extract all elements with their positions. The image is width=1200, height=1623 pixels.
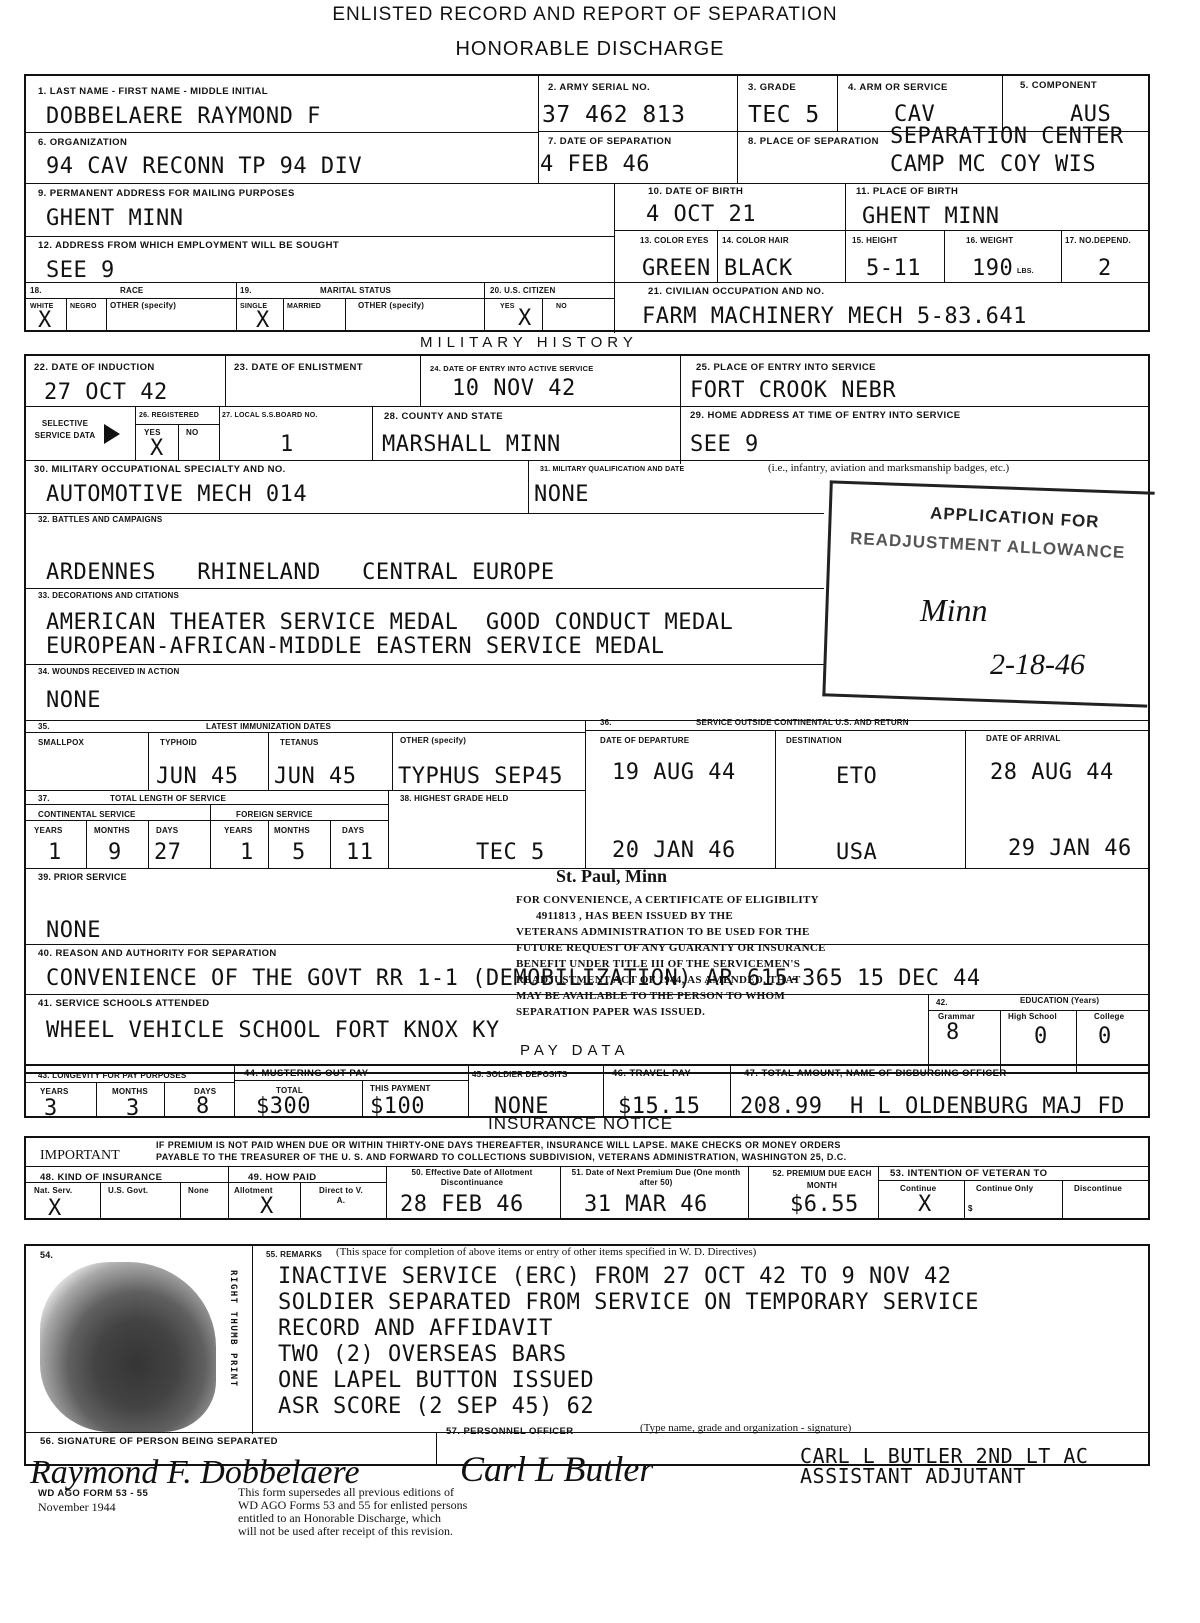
marital-option-married[interactable]: MARRIED (287, 303, 321, 310)
board-no-value: 1 (280, 432, 294, 457)
next-premium-value: 31 MAR 46 (584, 1192, 708, 1217)
full-name-value: DOBBELAERE RAYMOND F (46, 104, 321, 129)
form-title: ENLISTED RECORD AND REPORT OF SEPARATION (0, 4, 1170, 26)
last-name-label: 1. LAST NAME - FIRST NAME - MIDDLE INITI… (38, 86, 268, 97)
intention-dollar: $ (968, 1204, 973, 1213)
form-number: WD AGO FORM 53 - 55 (38, 1488, 148, 1499)
education-highschool-value: 0 (1034, 1024, 1048, 1049)
overseas-col-arrival: DATE OF ARRIVAL (986, 734, 1060, 743)
weight-label: 16. WEIGHT (966, 236, 1013, 245)
highest-grade-value: TEC 5 (476, 840, 545, 865)
qualification-label: 31. MILITARY QUALIFICATION AND DATE (540, 466, 684, 473)
home-address-entry-label: 29. HOME ADDRESS AT TIME OF ENTRY INTO S… (690, 410, 961, 421)
stamp-signature-2: 2-18-46 (990, 648, 1085, 682)
immunization-col-typhoid: TYPHOID (160, 738, 197, 747)
education-col-college: College (1094, 1012, 1124, 1021)
race-title: RACE (120, 286, 143, 295)
civilian-occupation-value: FARM MACHINERY MECH 5-83.641 (642, 304, 1027, 329)
birth-date-value: 4 OCT 21 (646, 202, 756, 227)
county-state-label: 28. COUNTY AND STATE (384, 411, 503, 422)
highest-grade-label: 38. HIGHEST GRADE HELD (400, 794, 508, 803)
intention-checkmark: X (918, 1192, 931, 1217)
remark-line: ONE LAPEL BUTTON ISSUED (278, 1368, 979, 1394)
thumbprint-image (40, 1262, 216, 1432)
supersession-note: This form supersedes all previous editio… (238, 1486, 467, 1538)
serial-no-value: 37 462 813 (542, 102, 685, 128)
mustering-this-payment-label: THIS PAYMENT (370, 1084, 431, 1093)
foreign-years-value: 1 (240, 840, 254, 865)
longevity-label: 43. LONGEVITY FOR PAY PURPOSES (38, 1071, 186, 1080)
citizen-checkmark: X (518, 306, 531, 331)
continental-service-title: CONTINENTAL SERVICE (38, 810, 136, 819)
overseas-departure-2: 20 JAN 46 (612, 838, 736, 863)
mustering-pay-label: 44. MUSTERING OUT PAY (244, 1068, 369, 1079)
remarks-label: 55. REMARKS (266, 1250, 322, 1259)
employment-address-value: SEE 9 (46, 258, 115, 283)
cert-line: SEPARATION PAPER WAS ISSUED. (516, 1004, 916, 1020)
remark-line: INACTIVE SERVICE (ERC) FROM 27 OCT 42 TO… (278, 1264, 979, 1290)
grade-value: TEC 5 (748, 102, 820, 128)
battles-label: 32. BATTLES AND CAMPAIGNS (38, 515, 162, 524)
height-label: 15. HEIGHT (852, 236, 898, 245)
prior-service-value: NONE (46, 918, 101, 943)
allotment-discontinuance-value: 28 FEB 46 (400, 1192, 524, 1217)
foreign-days-value: 11 (346, 840, 374, 865)
induction-date-label: 22. DATE OF INDUCTION (34, 362, 155, 373)
employment-address-label: 12. ADDRESS FROM WHICH EMPLOYMENT WILL B… (38, 240, 339, 251)
remarks-text: INACTIVE SERVICE (ERC) FROM 27 OCT 42 TO… (278, 1264, 979, 1420)
mailing-address-label: 9. PERMANENT ADDRESS FOR MAILING PURPOSE… (38, 188, 295, 199)
immunization-label-no: 35. (38, 722, 50, 731)
birth-place-label: 11. PLACE OF BIRTH (856, 186, 958, 197)
foreign-years-label: YEARS (224, 826, 253, 835)
education-label-no: 42. (936, 998, 948, 1007)
intention-discontinue[interactable]: Discontinue (1074, 1184, 1122, 1193)
longevity-days-value: 8 (196, 1094, 210, 1119)
cont-months-label: MONTHS (94, 826, 130, 835)
insurance-kind-natserv[interactable]: Nat. Serv. (34, 1186, 72, 1195)
longevity-months-value: 3 (126, 1096, 140, 1121)
form-subtitle: HONORABLE DISCHARGE (0, 38, 1180, 61)
longevity-years-value: 3 (44, 1096, 58, 1121)
overseas-col-departure: DATE OF DEPARTURE (600, 736, 689, 745)
marital-option-other[interactable]: OTHER (specify) (358, 301, 424, 310)
active-service-date-label: 24. DATE OF ENTRY INTO ACTIVE SERVICE (430, 364, 593, 373)
service-length-title: TOTAL LENGTH OF SERVICE (110, 794, 226, 803)
separation-place-line2: CAMP MC COY WIS (890, 152, 1096, 177)
important-line-2: PAYABLE TO THE TREASURER OF THE U. S. AN… (156, 1152, 847, 1162)
foreign-service-title: FOREIGN SERVICE (236, 810, 313, 819)
premium-due-value: $6.55 (790, 1192, 859, 1217)
insurance-kind-checkmark: X (48, 1196, 61, 1221)
separation-reason-label: 40. REASON AND AUTHORITY FOR SEPARATION (38, 948, 277, 959)
important-line-1: IF PREMIUM IS NOT PAID WHEN DUE OR WITHI… (156, 1140, 841, 1150)
service-schools-label: 41. SERVICE SCHOOLS ATTENDED (38, 998, 210, 1009)
race-option-negro[interactable]: NEGRO (70, 303, 97, 310)
immunization-other-value: TYPHUS SEP45 (398, 764, 563, 789)
immunization-tetanus-value: JUN 45 (274, 764, 356, 789)
entry-place-value: FORT CROOK NEBR (690, 378, 896, 403)
form-date: November 1944 (38, 1500, 116, 1515)
important-label: IMPORTANT (40, 1148, 120, 1164)
overseas-arrival-1: 28 AUG 44 (990, 760, 1114, 785)
registered-label: 26. REGISTERED (139, 412, 199, 419)
longevity-years-label: YEARS (40, 1087, 69, 1096)
race-checkmark: X (38, 308, 51, 333)
citizen-option-no[interactable]: NO (556, 303, 567, 310)
organization-label: 6. ORGANIZATION (38, 137, 127, 148)
foreign-months-value: 5 (292, 840, 306, 865)
registered-option-no[interactable]: NO (186, 428, 198, 437)
education-college-value: 0 (1098, 1024, 1112, 1049)
immunization-title: LATEST IMMUNIZATION DATES (206, 722, 331, 731)
thumbprint-label-no: 54. (40, 1250, 53, 1260)
civilian-occupation-label: 21. CIVILIAN OCCUPATION AND NO. (648, 286, 824, 297)
note-line: will not be used after receipt of this r… (238, 1525, 467, 1538)
overseas-departure-1: 19 AUG 44 (612, 760, 736, 785)
travel-pay-label: 46. TRAVEL PAY (612, 1068, 691, 1079)
mos-label: 30. MILITARY OCCUPATIONAL SPECIALTY AND … (34, 464, 286, 475)
eligibility-certificate: FOR CONVENIENCE, A CERTIFICATE OF ELIGIB… (516, 892, 916, 1020)
cont-years-value: 1 (48, 840, 62, 865)
certificate-city: St. Paul, Minn (556, 866, 667, 887)
eye-color-value: GREEN (642, 256, 711, 281)
wounds-value: NONE (46, 688, 101, 713)
overseas-label-no: 36. (600, 718, 612, 727)
dependents-value: 2 (1098, 256, 1112, 281)
mailing-address-value: GHENT MINN (46, 206, 183, 231)
insurance-notice-heading: INSURANCE NOTICE (488, 1114, 673, 1134)
disbursing-officer-value: 208.99 H L OLDENBURG MAJ FD (740, 1094, 1125, 1119)
qualification-value: NONE (534, 482, 589, 507)
birth-place-value: GHENT MINN (862, 204, 999, 229)
active-service-date-value: 10 NOV 42 (452, 376, 576, 401)
cont-years-label: YEARS (34, 826, 63, 835)
marital-checkmark: X (256, 308, 269, 333)
veteran-intention-label: 53. INTENTION OF VETERAN TO (890, 1168, 1047, 1179)
race-label-no: 18. (30, 286, 42, 295)
cert-line: FUTURE REQUEST OF ANY GUARANTY OR INSURA… (516, 940, 916, 956)
insurance-kind-usgovt[interactable]: U.S. Govt. (108, 1186, 148, 1195)
overseas-destination-2: USA (836, 840, 877, 865)
mos-value: AUTOMOTIVE MECH 014 (46, 482, 307, 507)
separation-place-label: 8. PLACE OF SEPARATION (748, 136, 879, 147)
remarks-hint: (This space for completion of above item… (336, 1246, 756, 1258)
registered-checkmark: X (150, 436, 163, 461)
service-length-label-no: 37. (38, 794, 50, 803)
race-option-other[interactable]: OTHER (specify) (110, 301, 176, 310)
premium-due-label: 52. PREMIUM DUE EACH MONTH (760, 1168, 884, 1192)
battles-value: ARDENNES RHINELAND CENTRAL EUROPE (46, 560, 555, 585)
organization-value: 94 CAV RECONN TP 94 DIV (46, 154, 362, 179)
remark-line: RECORD AND AFFIDAVIT (278, 1316, 979, 1342)
decorations-line1: AMERICAN THEATER SERVICE MEDAL GOOD COND… (46, 610, 733, 635)
overseas-arrival-2: 29 JAN 46 (1008, 836, 1132, 861)
arrow-right-icon (104, 424, 120, 444)
citizen-label: 20. U.S. CITIZEN (490, 286, 555, 295)
weight-unit: LBS. (1017, 268, 1034, 275)
citizen-option-yes[interactable]: YES (500, 303, 515, 310)
personnel-officer-label: 57. PERSONNEL OFFICER (446, 1426, 574, 1437)
soldier-deposits-label: 45. SOLDIER DEPOSITS (472, 1070, 568, 1079)
birth-date-label: 10. DATE OF BIRTH (648, 186, 743, 197)
stamp-signature-1: Minn (920, 592, 988, 629)
military-history-heading: MILITARY HISTORY (420, 334, 638, 351)
prior-service-label: 39. PRIOR SERVICE (38, 872, 127, 882)
officer-signature: Carl L Butler (460, 1448, 653, 1490)
overseas-col-destination: DESTINATION (786, 736, 842, 745)
weight-value: 190 (972, 256, 1013, 281)
qualification-hint: (i.e., infantry, aviation and marksmansh… (768, 462, 1009, 474)
height-value: 5-11 (866, 256, 921, 281)
board-no-label: 27. LOCAL S.S.BOARD NO. (222, 412, 317, 419)
cert-line: VETERANS ADMINISTRATION TO BE USED FOR T… (516, 924, 916, 940)
entry-place-label: 25. PLACE OF ENTRY INTO SERVICE (696, 362, 876, 373)
remark-line: ASR SCORE (2 SEP 45) 62 (278, 1394, 979, 1420)
remark-line: SOLDIER SEPARATED FROM SERVICE ON TEMPOR… (278, 1290, 979, 1316)
officer-typed-title: ASSISTANT ADJUTANT (800, 1464, 1026, 1488)
pay-data-heading: PAY DATA (520, 1042, 629, 1059)
mustering-this-payment-value: $100 (370, 1094, 425, 1119)
marital-title: MARITAL STATUS (320, 286, 391, 295)
separation-date-label: 7. DATE OF SEPARATION (548, 136, 671, 147)
eye-color-label: 13. COLOR EYES (640, 236, 709, 245)
remark-line: TWO (2) OVERSEAS BARS (278, 1342, 979, 1368)
immunization-col-tetanus: TETANUS (280, 738, 319, 747)
separation-date-value: 4 FEB 46 (540, 152, 650, 177)
overseas-title: SERVICE OUTSIDE CONTINENTAL U.S. AND RET… (696, 718, 909, 727)
right-thumb-print-label: RIGHT THUMB PRINT (228, 1270, 238, 1388)
person-signature-label: 56. SIGNATURE OF PERSON BEING SEPARATED (40, 1436, 278, 1447)
foreign-days-label: DAYS (342, 826, 364, 835)
foreign-months-label: MONTHS (274, 826, 310, 835)
insurance-kind-none[interactable]: None (188, 1186, 209, 1195)
hair-color-label: 14. COLOR HAIR (722, 236, 789, 245)
how-paid-checkmark: X (260, 1194, 273, 1219)
hair-color-value: BLACK (724, 256, 793, 281)
separation-place-line1: SEPARATION CENTER (890, 124, 1124, 149)
selective-service-label: SELECTIVE SERVICE DATA (30, 418, 100, 442)
enlistment-date-label: 23. DATE OF ENLISTMENT (234, 362, 363, 373)
service-schools-value: WHEEL VEHICLE SCHOOL FORT KNOX KY (46, 1018, 500, 1043)
home-address-entry-value: SEE 9 (690, 432, 759, 457)
mustering-total-value: $300 (256, 1094, 311, 1119)
immunization-col-smallpox: SMALLPOX (38, 738, 84, 747)
how-paid-direct[interactable]: Direct to V. A. (316, 1186, 366, 1206)
allotment-discontinuance-label: 50. Effective Date of Allotment Disconti… (392, 1168, 552, 1188)
disbursing-officer-label: 47. TOTAL AMOUNT, NAME OF DISBURSING OFF… (744, 1068, 1007, 1079)
decorations-line2: EUROPEAN-AFRICAN-MIDDLE EASTERN SERVICE … (46, 634, 665, 659)
cont-days-value: 27 (154, 840, 182, 865)
marital-label-no: 19. (240, 286, 252, 295)
intention-continue-only[interactable]: Continue Only (976, 1184, 1033, 1193)
wounds-label: 34. WOUNDS RECEIVED IN ACTION (38, 667, 180, 676)
cont-months-value: 9 (108, 840, 122, 865)
immunization-typhoid-value: JUN 45 (156, 764, 238, 789)
education-col-highschool: High School (1008, 1012, 1057, 1021)
next-premium-label: 51. Date of Next Premium Due (One month … (566, 1168, 746, 1188)
decorations-label: 33. DECORATIONS AND CITATIONS (38, 591, 179, 600)
longevity-months-label: MONTHS (112, 1087, 148, 1096)
county-state-value: MARSHALL MINN (382, 432, 561, 457)
education-title: EDUCATION (Years) (1020, 996, 1099, 1005)
component-label: 5. COMPONENT (1020, 80, 1097, 91)
separation-reason-value: CONVENIENCE OF THE GOVT RR 1-1 (DEMOBILI… (46, 966, 981, 991)
grade-label: 3. GRADE (748, 82, 796, 93)
immunization-col-other: OTHER (specify) (400, 736, 466, 745)
arm-service-label: 4. ARM OR SERVICE (848, 82, 948, 93)
serial-no-label: 2. ARMY SERIAL NO. (548, 82, 650, 93)
personnel-officer-hint: (Type name, grade and organization - sig… (640, 1422, 851, 1434)
dependents-label: 17. NO.DEPEND. (1065, 236, 1131, 245)
overseas-destination-1: ETO (836, 764, 877, 789)
cert-line: 4911813 , HAS BEEN ISSUED BY THE (516, 908, 916, 924)
cont-days-label: DAYS (156, 826, 178, 835)
induction-date-value: 27 OCT 42 (44, 380, 168, 405)
cert-line: FOR CONVENIENCE, A CERTIFICATE OF ELIGIB… (516, 892, 916, 908)
education-grammar-value: 8 (946, 1020, 960, 1045)
